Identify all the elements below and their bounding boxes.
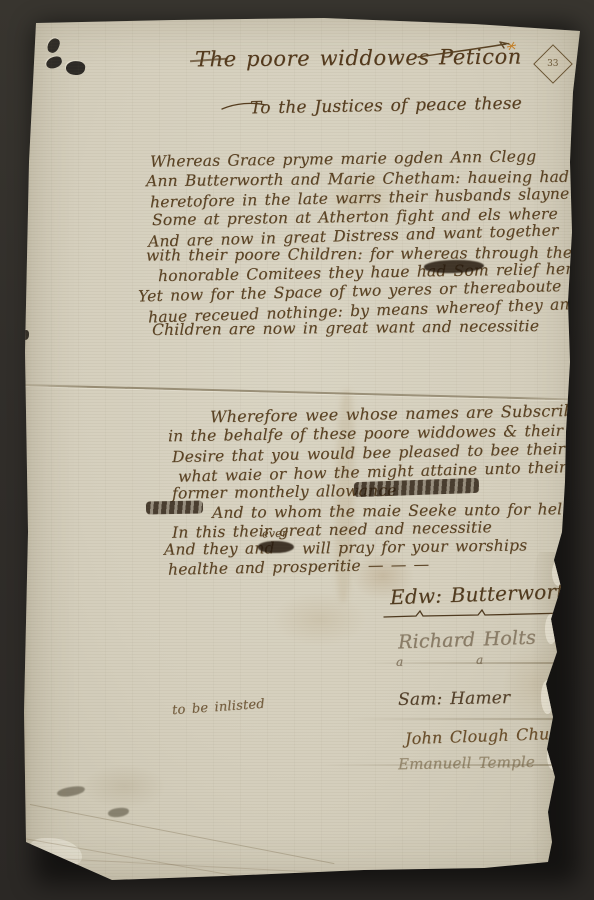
worm-hole xyxy=(45,55,63,70)
title-flourish xyxy=(416,40,514,62)
signature-hamer: Sam: Hamer xyxy=(398,688,511,710)
stain xyxy=(272,592,367,647)
fold-crease xyxy=(364,662,569,664)
ink-smudge xyxy=(108,807,130,818)
manuscript-line: Whereas Grace pryme marie ogden Ann Cleg… xyxy=(150,147,536,170)
marginal-note: to be inlisted xyxy=(172,697,266,718)
stain xyxy=(82,764,167,809)
strikeout-scribble xyxy=(354,478,479,497)
fold-crease xyxy=(20,384,588,400)
signature-holts-mark: a xyxy=(396,655,403,669)
manuscript-line: will pray for your worships xyxy=(302,536,528,557)
worm-hole xyxy=(65,60,86,77)
fold-crease xyxy=(349,718,571,720)
signature-holts-mark: a xyxy=(476,653,483,667)
worm-hole xyxy=(46,37,61,55)
manuscript-line: Children are now in great want and neces… xyxy=(152,317,539,339)
ink-blot xyxy=(258,541,294,554)
stamp-number: 33 xyxy=(547,59,558,69)
salutation: To the Justices of peace these xyxy=(250,94,522,119)
signature-butterworth: Edw: Butterworth xyxy=(390,579,578,610)
signature-temple: Emanuell Temple xyxy=(398,753,535,773)
insertion-word: ever xyxy=(262,527,288,541)
photo-background: 33 The poore widdowes Peticon To the Jus… xyxy=(0,0,594,900)
strikeout-scribble xyxy=(146,501,203,515)
archive-stamp: 33 xyxy=(533,44,573,84)
ink-smudge xyxy=(57,785,86,798)
signature-holts: Richard Holts xyxy=(398,627,537,654)
manuscript-page: 33 The poore widdowes Peticon To the Jus… xyxy=(24,12,584,886)
edge-nick xyxy=(22,330,29,340)
manuscript-line: And to whom the maie Seeke unto for help… xyxy=(212,500,582,522)
manuscript-line: healthe and prosperitie — — — xyxy=(168,555,430,578)
signature-underline-flourish xyxy=(382,608,572,622)
